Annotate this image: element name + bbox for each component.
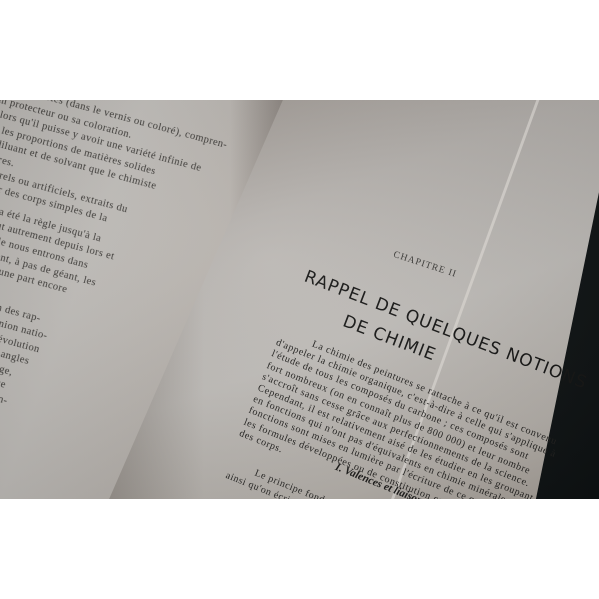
book-photograph: les pigments sont insolubles (dans le ve… [0, 100, 599, 499]
